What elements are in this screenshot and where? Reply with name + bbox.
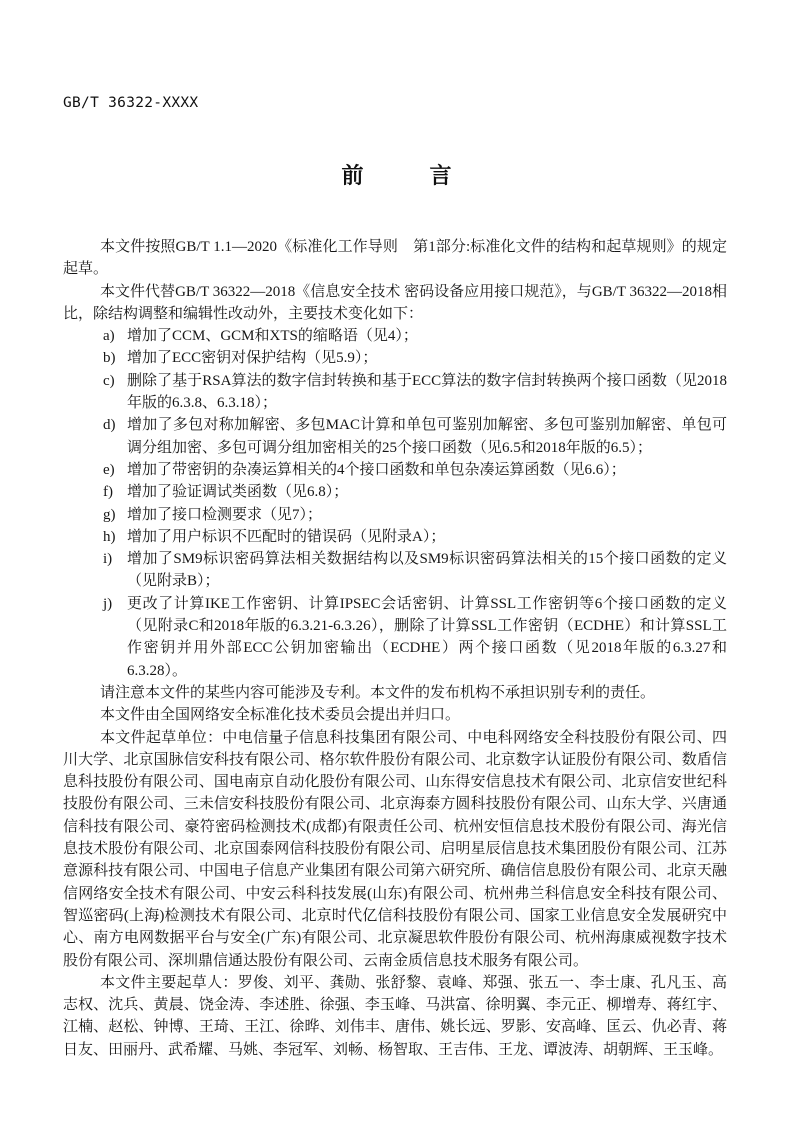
change-item-e: e) 增加了带密钥的杂凑运算相关的4个接口函数和单包杂凑运算函数（见6.6）； — [63, 459, 727, 481]
change-item-label: g) — [103, 504, 116, 526]
change-item-b: b) 增加了ECC密钥对保护结构（见5.9）； — [63, 347, 727, 369]
change-item-label: d) — [103, 414, 116, 436]
paragraph-drafters: 本文件主要起草人：罗俊、刘平、龚勋、张舒黎、袁峰、郑强、张五一、李士康、孔凡玉、… — [63, 972, 727, 1061]
change-item-text: 增加了带密钥的杂凑运算相关的4个接口函数和单包杂凑运算函数（见6.6）； — [127, 462, 626, 478]
change-item-text: 增加了SM9标识密码算法相关数据结构以及SM9标识密码算法相关的15个接口函数的… — [127, 551, 727, 589]
change-item-text: 更改了计算IKE工作密钥、计算IPSEC会话密钥、计算SSL工作密钥等6个接口函… — [127, 596, 727, 679]
change-item-label: h) — [103, 526, 116, 548]
change-item-label: i) — [103, 548, 112, 570]
change-item-text: 增加了接口检测要求（见7）； — [127, 507, 322, 523]
change-item-h: h) 增加了用户标识不匹配时的错误码（见附录A）； — [63, 526, 727, 548]
change-item-label: e) — [103, 459, 115, 481]
change-item-j: j) 更改了计算IKE工作密钥、计算IPSEC会话密钥、计算SSL工作密钥等6个… — [63, 593, 727, 682]
change-item-d: d) 增加了多包对称加解密、多包MAC计算和单包可鉴别加解密、多包可鉴别加解密、… — [63, 414, 727, 459]
change-item-label: b) — [103, 347, 116, 369]
paragraph-drafting-basis: 本文件按照GB/T 1.1—2020《标准化工作导则 第1部分:标准化文件的结构… — [63, 236, 727, 281]
change-item-i: i) 增加了SM9标识密码算法相关数据结构以及SM9标识密码算法相关的15个接口… — [63, 548, 727, 593]
change-item-text: 增加了用户标识不匹配时的错误码（见附录A）； — [127, 529, 445, 545]
change-item-text: 增加了ECC密钥对保护结构（见5.9）； — [127, 350, 377, 366]
change-item-g: g) 增加了接口检测要求（见7）； — [63, 504, 727, 526]
change-item-text: 删除了基于RSA算法的数字信封转换和基于ECC算法的数字信封转换两个接口函数（见… — [127, 373, 727, 411]
change-item-text: 增加了验证调试类函数（见6.8）； — [127, 484, 348, 500]
change-item-label: f) — [103, 481, 113, 503]
change-item-label: c) — [103, 370, 115, 392]
change-item-text: 增加了多包对称加解密、多包MAC计算和单包可鉴别加解密、多包可鉴别加解密、单包可… — [127, 417, 727, 455]
change-item-text: 增加了CCM、GCM和XTS的缩略语（见4）； — [127, 328, 418, 344]
change-item-label: a) — [103, 325, 115, 347]
standard-number-header: GB/T 36322-XXXX — [63, 95, 198, 111]
change-item-c: c) 删除了基于RSA算法的数字信封转换和基于ECC算法的数字信封转换两个接口函… — [63, 370, 727, 415]
paragraph-patent-note: 请注意本文件的某些内容可能涉及专利。本文件的发布机构不承担识别专利的责任。 — [63, 682, 727, 704]
paragraph-replacement-note: 本文件代替GB/T 36322—2018《信息安全技术 密码设备应用接口规范》，… — [63, 281, 727, 326]
technical-changes-list: a) 增加了CCM、GCM和XTS的缩略语（见4）； b) 增加了ECC密钥对保… — [63, 325, 727, 682]
page-title: 前 言 — [0, 159, 793, 190]
change-item-label: j) — [103, 593, 112, 615]
paragraph-committee-note: 本文件由全国网络安全标准化技术委员会提出并归口。 — [63, 704, 727, 726]
change-item-a: a) 增加了CCM、GCM和XTS的缩略语（见4）； — [63, 325, 727, 347]
document-page: GB/T 36322-XXXX 前 言 本文件按照GB/T 1.1—2020《标… — [0, 0, 793, 1122]
paragraph-drafting-units: 本文件起草单位：中电信量子信息科技集团有限公司、中电科网络安全科技股份有限公司、… — [63, 727, 727, 972]
document-body: 本文件按照GB/T 1.1—2020《标准化工作导则 第1部分:标准化文件的结构… — [63, 236, 727, 1061]
change-item-f: f) 增加了验证调试类函数（见6.8）； — [63, 481, 727, 503]
